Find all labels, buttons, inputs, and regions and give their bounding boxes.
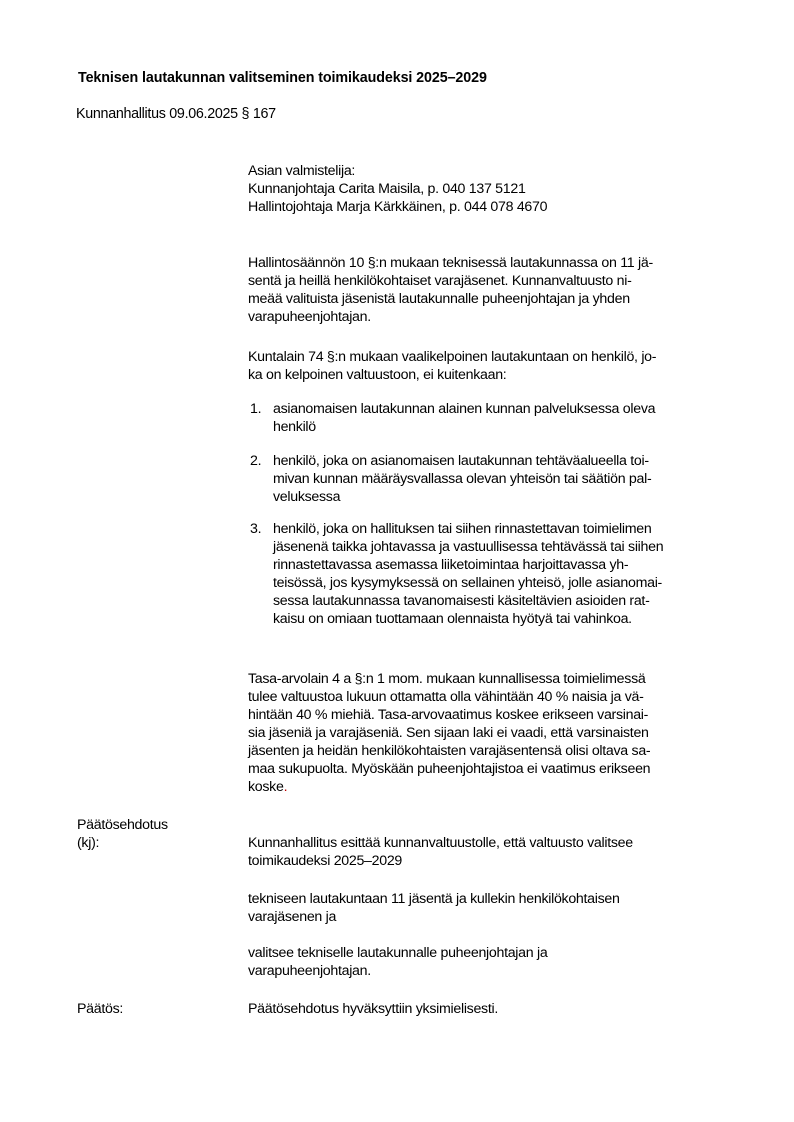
- proposal-paragraph: Kunnanhallitus esittää kunnanvaltuustoll…: [248, 834, 738, 870]
- text-line: sentä ja heillä henkilökohtaiset varajäs…: [248, 272, 738, 290]
- document-title: Teknisen lautakunnan valitseminen toimik…: [78, 70, 487, 86]
- text-line: koske.: [248, 778, 738, 796]
- text-line: valitsee tekniselle lautakunnalle puheen…: [248, 944, 738, 962]
- text-line: mivan kunnan määräysvallassa olevan yhte…: [273, 470, 651, 488]
- text-line: kaisu on omiaan tuottamaan olennaista hy…: [273, 610, 663, 628]
- preparers-block: Asian valmistelija: Kunnanjohtaja Carita…: [248, 162, 738, 216]
- label-line: Päätösehdotus: [77, 816, 168, 834]
- list-number: 1.: [250, 400, 261, 418]
- meeting-reference: Kunnanhallitus 09.06.2025 § 167: [76, 106, 276, 122]
- text-line: Tasa-arvolain 4 a §:n 1 mom. mukaan kunn…: [248, 670, 738, 688]
- text-line: toimikaudeksi 2025–2029: [248, 852, 738, 870]
- paragraph-kuntalaki: Kuntalain 74 §:n mukaan vaalikelpoinen l…: [248, 348, 738, 384]
- preparer-line: Kunnanjohtaja Carita Maisila, p. 040 137…: [248, 180, 738, 198]
- decision-text: Päätösehdotus hyväksyttiin yksimielisest…: [248, 1000, 738, 1018]
- end-mark: .: [284, 779, 288, 795]
- text-line: sia jäseniä ja varajäseniä. Sen sijaan l…: [248, 724, 738, 742]
- text-line: henkilö, joka on asianomaisen lautakunna…: [273, 452, 651, 470]
- text-line: jäsenten ja heidän henkilökohtaisten var…: [248, 742, 738, 760]
- text-line: Hallintosäännön 10 §:n mukaan teknisessä…: [248, 254, 738, 272]
- proposal-label: Päätösehdotus (kj):: [77, 816, 168, 852]
- decision-label: Päätös:: [77, 1000, 123, 1018]
- label-line: (kj):: [77, 834, 168, 852]
- text-line: tekniseen lautakuntaan 11 jäsentä ja kul…: [248, 890, 738, 908]
- text-line: varajäsenen ja: [248, 908, 738, 926]
- preparer-line: Hallintojohtaja Marja Kärkkäinen, p. 044…: [248, 198, 738, 216]
- text-line: tulee valtuustoa lukuun ottamatta olla v…: [248, 688, 738, 706]
- text-line: teisössä, jos kysymyksessä on sellainen …: [273, 574, 663, 592]
- text-line: Kunnanhallitus esittää kunnanvaltuustoll…: [248, 834, 738, 852]
- text-line: henkilö, joka on hallituksen tai siihen …: [273, 520, 663, 538]
- text-line: hintään 40 % miehiä. Tasa-arvovaatimus k…: [248, 706, 738, 724]
- text-line: henkilö: [273, 418, 655, 436]
- list-number: 3.: [250, 520, 261, 538]
- text-line: maa sukupuolta. Myöskään puheenjohtajist…: [248, 760, 738, 778]
- text-line: meää valituista jäsenistä lautakunnalle …: [248, 290, 738, 308]
- proposal-paragraph: tekniseen lautakuntaan 11 jäsentä ja kul…: [248, 890, 738, 926]
- text-line: varapuheenjohtajan.: [248, 962, 738, 980]
- text-line: ka on kelpoinen valtuustoon, ei kuitenka…: [248, 366, 738, 384]
- paragraph-tasa-arvolaki: Tasa-arvolain 4 a §:n 1 mom. mukaan kunn…: [248, 670, 738, 796]
- paragraph-hallintosaanto: Hallintosäännön 10 §:n mukaan teknisessä…: [248, 254, 738, 326]
- proposal-paragraph: valitsee tekniselle lautakunnalle puheen…: [248, 944, 738, 980]
- text-line: jäsenenä taikka johtavassa ja vastuullis…: [273, 538, 663, 556]
- text-line: veluksessa: [273, 488, 651, 506]
- text-line: rinnastettavassa asemassa liiketoimintaa…: [273, 556, 663, 574]
- text-line: varapuheenjohtajan.: [248, 308, 738, 326]
- text-line: asianomaisen lautakunnan alainen kunnan …: [273, 400, 655, 418]
- preparers-heading: Asian valmistelija:: [248, 162, 738, 180]
- text-line: sessa lautakunnassa tavanomaisesti käsit…: [273, 592, 663, 610]
- text-line: Kuntalain 74 §:n mukaan vaalikelpoinen l…: [248, 348, 738, 366]
- list-number: 2.: [250, 452, 261, 470]
- text-fragment: koske: [248, 779, 284, 795]
